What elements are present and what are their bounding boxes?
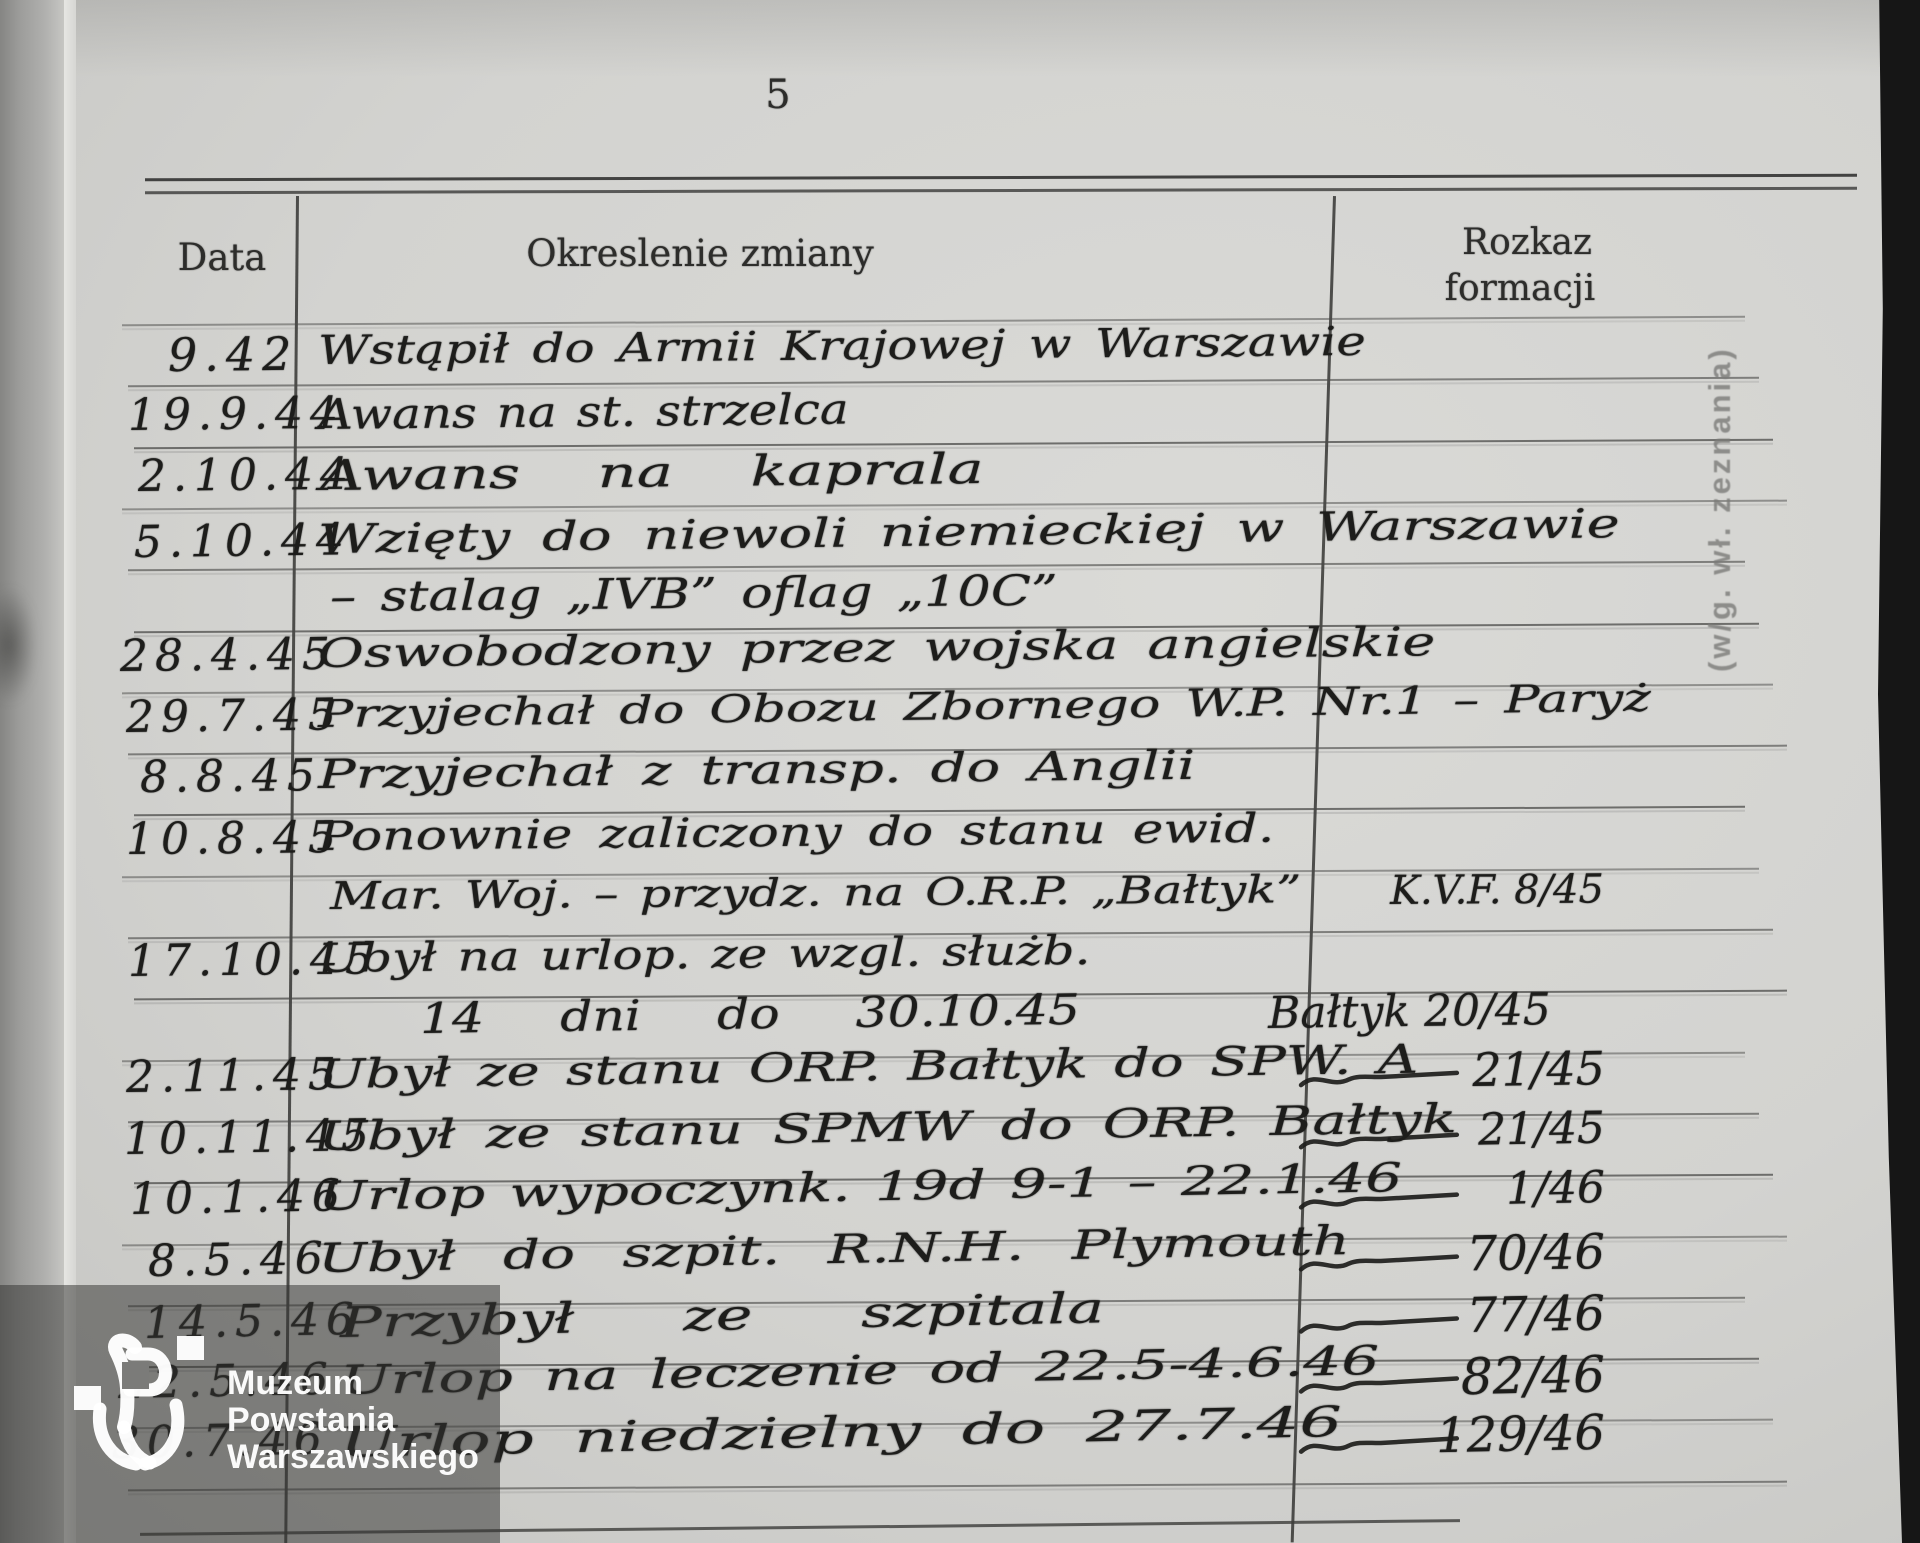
photo-right-dark-edge [1860,0,1920,1543]
row-change-text: 14 dni do 30.10.45 [420,985,1081,1043]
row-change-text: Wzięty do niewoli niemieckiej w Warszawi… [318,501,1620,563]
column-header-date: Data [178,236,267,279]
row-date: 10.1.46 [130,1170,348,1225]
row-change-text: Awans na st. strzelca [318,384,849,439]
row-change-text: – stalag „IVB” oflag „10C” [330,566,1058,621]
row-change-text: Ubył do szpit. R.N.H. Plymouth [318,1218,1351,1282]
row-change-text: Awans na kaprala [320,444,984,500]
column-header-change: Okreslenie zmiany [526,232,874,275]
scanned-service-record-page: 5 Data Okreslenie zmiany Rozkaz formacji… [0,0,1920,1543]
row-date: 8.5.46 [148,1233,331,1287]
column-header-order-line2: formacji [1445,268,1596,309]
row-order-value: 1/46 [1260,1162,1606,1219]
row-date: 29.7.45 [126,689,344,743]
row-date: 8.8.45 [140,750,322,803]
row-order-value: 21/45 [1260,1041,1606,1100]
row-change-text: Ponownie zaliczony do stanu ewid. [318,806,1275,860]
watermark-org-line1: Muzeum [227,1365,363,1401]
row-order-value: 70/46 [1260,1224,1606,1286]
row-change-text: Wstąpił do Armii Krajowej w Warszawie [318,319,1366,374]
kotwica-left-square [74,1386,101,1410]
kotwica-anchor-icon [88,1333,188,1491]
row-order-value: K.V.F. 8/45 [1390,867,1604,914]
row-change-text: Mar. Woj. – przydz. na O.R.P. „Bałtyk” [330,867,1302,918]
row-change-text: Przyjechał z transp. do Anglii [318,743,1196,798]
vertical-stamp-text: (w/g. wł. zeznania) [1702,346,1738,672]
row-change-text: Oswobodzony przez wojska angielskie [318,619,1436,677]
page-number: 5 [765,72,790,118]
header-rule-bottom [145,187,1857,194]
row-date: 28.4.45 [120,629,337,682]
table-ruled-line [128,377,1759,388]
row-date: 9.42 [168,327,299,382]
row-order-value: 129/46 [1259,1405,1605,1468]
row-change-text: Ubył na urlop. ze wzgl. służb. [318,928,1091,982]
row-date: 2.11.45 [126,1049,344,1103]
watermark-org-line2: Powstania [227,1402,395,1438]
kotwica-top-square [177,1336,204,1360]
watermark-overlay: Muzeum Powstania Warszawskiego [0,1285,500,1543]
column-header-order-line1: Rozkaz [1462,222,1592,263]
watermark-org-line3: Warszawskiego [227,1439,479,1475]
row-change-text: Urlop wypoczynk. 19d 9-1 – 22.1.46 [318,1155,1403,1220]
kotwica-inner-square [122,1362,149,1389]
header-rule-top [145,174,1857,181]
row-change-text: Ubył ze stanu ORP. Bałtyk do SPW. A [318,1037,1419,1098]
row-order-value: 21/45 [1260,1103,1606,1159]
row-date: 10.8.45 [126,812,343,865]
row-change-text: Przyjechał do Obozu Zbornego W.P. Nr.1 –… [318,676,1651,736]
row-order-value: Bałtyk 20/45 [1268,984,1552,1039]
row-date: 19.9.44 [128,388,345,441]
